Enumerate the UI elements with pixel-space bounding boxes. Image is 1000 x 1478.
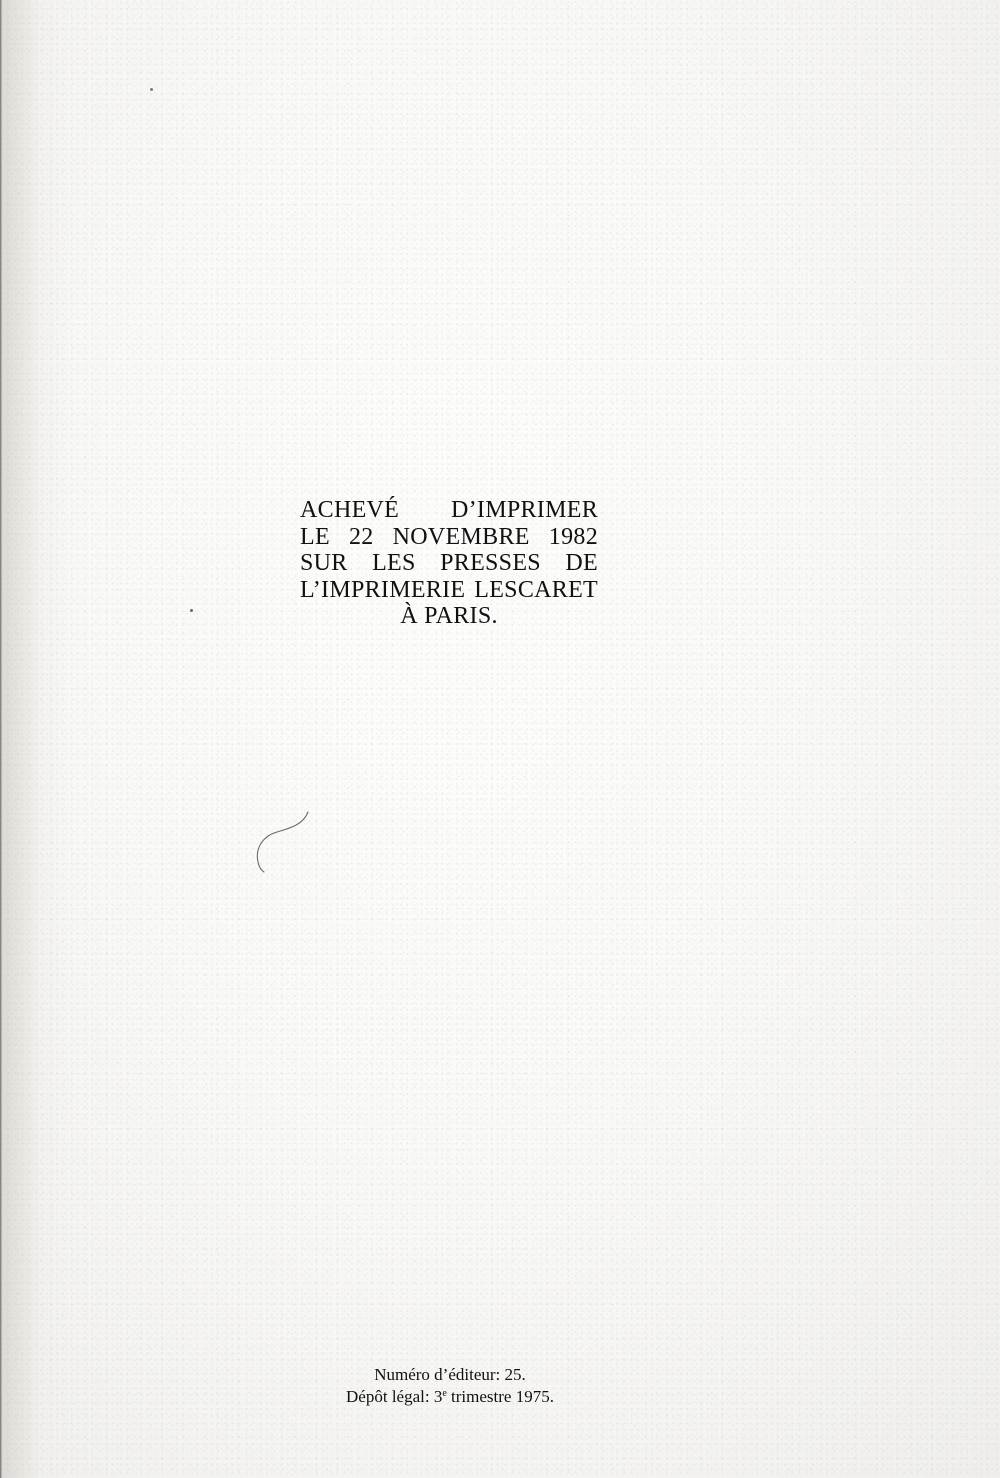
- paper-speck: [190, 609, 193, 612]
- legal-footer: Numéro d’éditeur: 25. Dépôt légal: 3e tr…: [300, 1365, 600, 1406]
- colophon-line: L’IMPRIMERIE LESCARET: [300, 577, 598, 604]
- printed-page: ACHEVÉ D’IMPRIMER LE 22 NOVEMBRE 1982 SU…: [0, 0, 1000, 1478]
- stray-hair-mark: [245, 800, 325, 880]
- legal-deposit: Dépôt légal: 3e trimestre 1975.: [300, 1384, 600, 1406]
- colophon-line: LE 22 NOVEMBRE 1982: [300, 524, 598, 551]
- publisher-number: Numéro d’éditeur: 25.: [300, 1365, 600, 1384]
- paper-speck: [150, 88, 153, 91]
- colophon-line: À PARIS.: [300, 603, 598, 630]
- paper-texture: [0, 0, 1000, 1478]
- colophon-block: ACHEVÉ D’IMPRIMER LE 22 NOVEMBRE 1982 SU…: [300, 497, 598, 630]
- colophon-line: SUR LES PRESSES DE: [300, 550, 598, 577]
- legal-deposit-prefix: Dépôt légal: 3: [346, 1387, 442, 1406]
- legal-deposit-suffix: trimestre 1975.: [447, 1387, 554, 1406]
- colophon-line: ACHEVÉ D’IMPRIMER: [300, 497, 598, 524]
